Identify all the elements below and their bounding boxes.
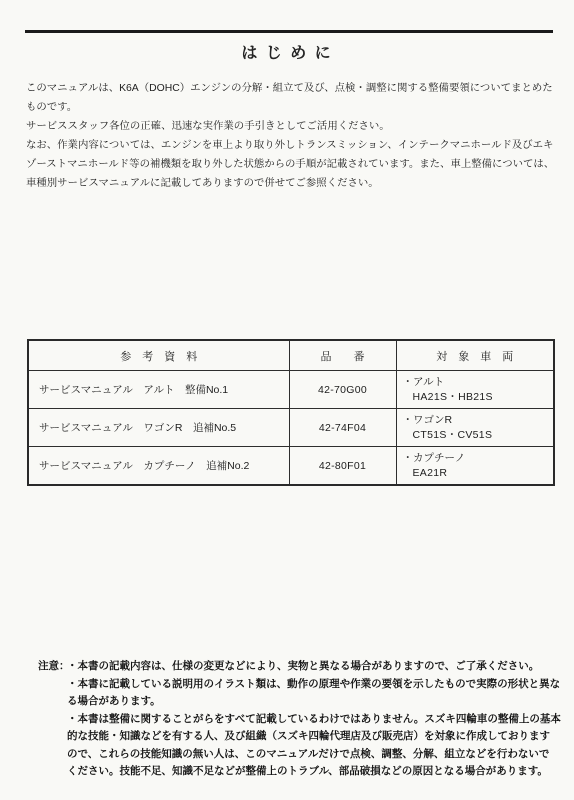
reference-cell: サービスマニュアル ワゴンR 追補No.5 bbox=[28, 409, 289, 447]
title-divider-rule bbox=[25, 30, 553, 33]
reference-cell: サービスマニュアル カプチーノ 追補No.2 bbox=[28, 447, 289, 486]
caution-items: ・本書の記載内容は、仕様の変更などにより、実物と異なる場合がありますので、ご了承… bbox=[67, 658, 571, 781]
caution-item: ・本書の記載内容は、仕様の変更などにより、実物と異なる場合がありますので、ご了承… bbox=[67, 658, 571, 676]
part-number-cell: 42-70G00 bbox=[289, 371, 396, 409]
col-header-part-number: 品 番 bbox=[289, 340, 396, 371]
reference-table: 参 考 資 料 品 番 対 象 車 両 サービスマニュアル アルト 整備No.1… bbox=[27, 339, 555, 486]
vehicle-cell: ・ワゴンR CT51S・CV51S bbox=[396, 409, 554, 447]
vehicle-codes: HA21S・HB21S bbox=[403, 390, 554, 405]
vehicle-cell: ・カプチーノ EA21R bbox=[396, 447, 554, 486]
caution-item: ・本書に記載している説明用のイラスト類は、動作の原理や作業の要領を示したもので実… bbox=[67, 676, 571, 711]
col-header-reference: 参 考 資 料 bbox=[28, 340, 289, 371]
part-number-cell: 42-74F04 bbox=[289, 409, 396, 447]
vehicle-name: ・ワゴンR bbox=[403, 413, 554, 428]
caution-item: ・本書は整備に関することがらをすべて記載しているわけではありません。スズキ四輪車… bbox=[67, 711, 571, 781]
table-row: サービスマニュアル ワゴンR 追補No.5 42-74F04 ・ワゴンR CT5… bbox=[28, 409, 554, 447]
part-number-cell: 42-80F01 bbox=[289, 447, 396, 486]
vehicle-name: ・カプチーノ bbox=[403, 451, 554, 466]
vehicle-name: ・アルト bbox=[403, 375, 554, 390]
page-title: は じ め に bbox=[0, 40, 574, 63]
intro-paragraph: このマニュアルは、K6A（DOHC）エンジンの分解・組立て及び、点検・調整に関す… bbox=[26, 79, 572, 193]
table-row: サービスマニュアル アルト 整備No.1 42-70G00 ・アルト HA21S… bbox=[28, 371, 554, 409]
reference-cell: サービスマニュアル アルト 整備No.1 bbox=[28, 371, 289, 409]
caution-label: 注意： bbox=[38, 658, 67, 676]
table-row: サービスマニュアル カプチーノ 追補No.2 42-80F01 ・カプチーノ E… bbox=[28, 447, 554, 486]
col-header-vehicles: 対 象 車 両 bbox=[396, 340, 554, 371]
scanned-manual-page: { "page": { "title": "は じ め に", "intro":… bbox=[0, 0, 574, 800]
caution-notes: 注意： ・本書の記載内容は、仕様の変更などにより、実物と異なる場合がありますので… bbox=[38, 658, 571, 781]
header-row: 参 考 資 料 品 番 対 象 車 両 bbox=[28, 340, 554, 371]
reference-table-header: 参 考 資 料 品 番 対 象 車 両 bbox=[28, 340, 554, 371]
vehicle-cell: ・アルト HA21S・HB21S bbox=[396, 371, 554, 409]
vehicle-codes: CT51S・CV51S bbox=[403, 428, 554, 443]
vehicle-codes: EA21R bbox=[403, 466, 554, 481]
